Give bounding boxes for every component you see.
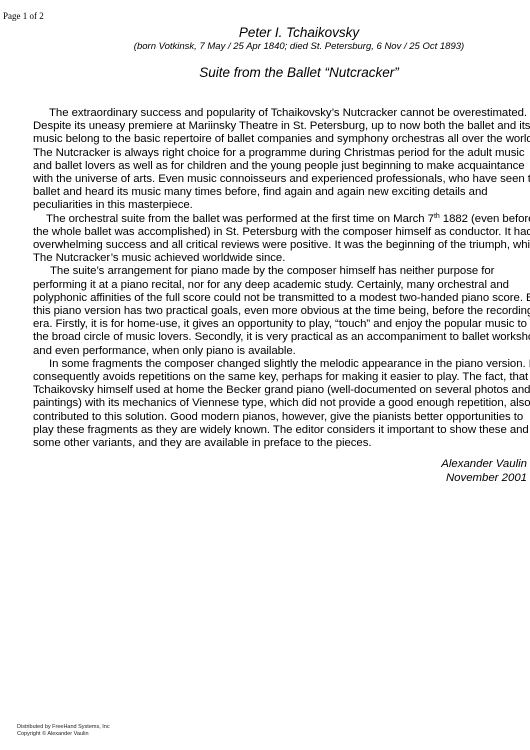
text-line: The orchestral suite from the ballet was…	[17, 213, 530, 226]
text-line: Tchaikovsky himself used at home the Bec…	[17, 384, 530, 397]
text-line: and even performance, when only piano is…	[17, 345, 530, 358]
author-name: Alexander Vaulin	[441, 458, 527, 472]
composer-name: Peter I. Tchaikovsky	[34, 25, 530, 40]
text-line: the whole ballet was accomplished) in St…	[17, 226, 530, 239]
text-line: overwhelming success and all critical re…	[17, 239, 530, 252]
text-line: In some fragments the composer changed s…	[17, 358, 530, 371]
document-title: Suite from the Ballet “Nutcracker”	[34, 65, 530, 80]
text-line: the broad circle of music lovers. Second…	[17, 331, 530, 344]
copyright-line: Copyright © Alexander Vaulin	[17, 731, 110, 738]
text-line: performing it at a piano recital, nor fo…	[17, 279, 530, 292]
text-line: and ballet lovers as well as for childre…	[17, 160, 530, 173]
composer-dates: (born Votkinsk, 7 May / 25 Apr 1840; die…	[34, 41, 530, 52]
text-line: polyphonic affinities of the full score …	[17, 292, 530, 305]
paragraph-1: The extraordinary success and popularity…	[17, 107, 530, 213]
text-line: Despite its uneasy premiere at Mariinsky…	[17, 120, 530, 133]
text-line: this piano version has two practical goa…	[17, 305, 530, 318]
signature-date: November 2001	[441, 472, 527, 486]
text-line: ballet and heard its music many times be…	[17, 186, 530, 199]
text-line: paintings) with its mechanics of Viennes…	[17, 397, 530, 410]
distributor-line: Distributed by FreeHand Systems, Inc	[17, 724, 110, 731]
text-line: The suite’s arrangement for piano made b…	[17, 265, 530, 278]
text-line: era. Firstly, it is for home-use, it giv…	[17, 318, 530, 331]
text-line: The Nutcracker’s music achieved worldwid…	[17, 252, 530, 265]
text-line: The extraordinary success and popularity…	[17, 107, 530, 120]
text-line: with the universe of arts. Even music co…	[17, 173, 530, 186]
text-fragment: 1882 (even before	[440, 213, 530, 225]
text-line: contributed to this solution. Good moder…	[17, 411, 530, 424]
text-line: play these fragments as they are widely …	[17, 424, 530, 437]
paragraph-3: The suite’s arrangement for piano made b…	[17, 265, 530, 357]
text-line: peculiarities in this masterpiece.	[17, 199, 530, 212]
page-number-label: Page 1 of 2	[3, 11, 44, 21]
paragraph-2: The orchestral suite from the ballet was…	[17, 213, 530, 266]
text-fragment: The orchestral suite from the ballet was…	[46, 213, 434, 225]
text-line: consequently avoids repetitions on the s…	[17, 371, 530, 384]
text-line: some other variants, and they are availa…	[17, 437, 530, 450]
document-body: The extraordinary success and popularity…	[17, 107, 530, 450]
signature-block: Alexander Vaulin November 2001	[441, 458, 527, 485]
text-line: The Nutcracker is always right choice fo…	[17, 147, 530, 160]
paragraph-4: In some fragments the composer changed s…	[17, 358, 530, 450]
page-footer: Distributed by FreeHand Systems, Inc Cop…	[17, 724, 110, 738]
text-line: music belong to the basic repertoire of …	[17, 133, 530, 146]
